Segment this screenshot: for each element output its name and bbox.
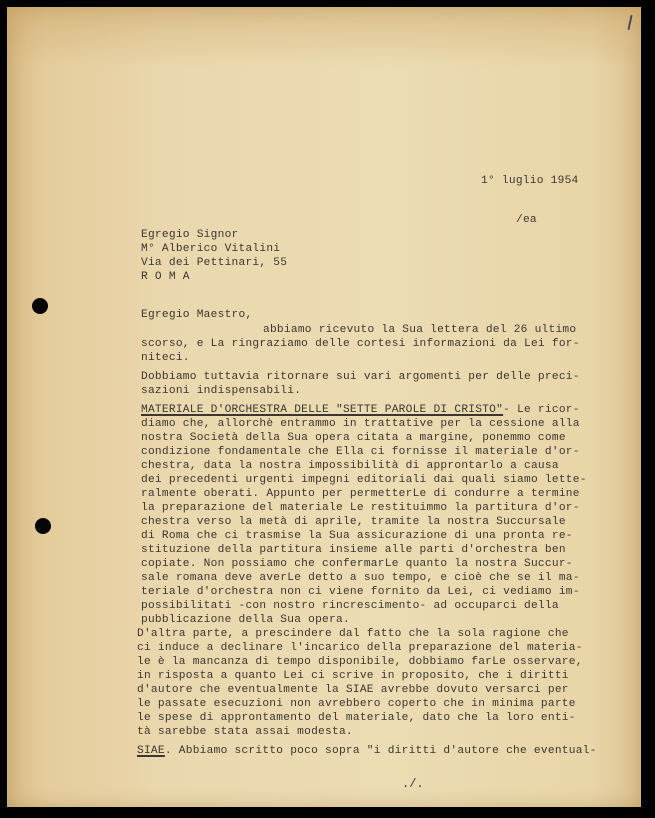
section1-line: copiate. Non possiamo che confermarLe qu… (141, 558, 573, 571)
letter-date: 1° luglio 1954 (481, 175, 579, 188)
section1-line: le spese di approntamento del materiale,… (137, 712, 576, 725)
section1-line: di Roma che ci trasmise la Sua assicuraz… (141, 530, 573, 543)
section1-heading-line: MATERIALE D'ORCHESTRA DELLE "SETTE PAROL… (141, 404, 580, 417)
section1-line: teriale d'orchestra non ci viene fornito… (141, 586, 580, 599)
section1-line: le passate esecuzioni non avrebbero cope… (137, 698, 576, 711)
section1-line: le è la mancanza di tempo disponibile, d… (137, 656, 583, 669)
section2-line: SIAE. Abbiamo scritto poco sopra "i diri… (137, 745, 597, 758)
section1-line: d'autore che eventualmente la SIAE avreb… (137, 684, 569, 697)
section1-line: possibilitati -con nostro rincrescimento… (141, 600, 559, 613)
section2-text: . Abbiamo scritto poco sopra "i diritti … (165, 745, 597, 757)
section1-line: chestra, data la nostra impossibilità di… (141, 460, 559, 473)
paragraph2-line: Dobbiamo tuttavia ritornare sui vari arg… (141, 371, 580, 384)
section1-line: in risposta a quanto Lei ci scrive in pr… (137, 670, 569, 683)
paragraph1-line: abbiamo ricevuto la Sua lettera del 26 u… (263, 324, 576, 337)
section1-line: tà sarebbe stata assai modesta. (137, 726, 353, 739)
recipient-salutation: Egregio Signor (141, 229, 239, 242)
paragraph1-line: niteci. (141, 352, 190, 365)
section1-line: sale romana deve averLe detto a suo temp… (141, 572, 580, 585)
punch-hole-bottom (35, 518, 51, 534)
paragraph1-line: scorso, e La ringraziamo delle cortesi i… (141, 338, 580, 351)
section1-line: pubblicazione della Sua opera. (141, 614, 350, 627)
recipient-street: Via dei Pettinari, 55 (141, 257, 287, 270)
pen-tick-mark (627, 15, 632, 30)
section1-heading: MATERIALE D'ORCHESTRA DELLE "SETTE PAROL… (141, 404, 503, 416)
punch-hole-top (32, 298, 48, 314)
section1-line: D'altra parte, a prescindere dal fatto c… (137, 628, 569, 641)
recipient-name: M° Alberico Vitalini (141, 243, 280, 256)
section1-line: ralmente oberati. Appunto per permetterL… (141, 488, 580, 501)
section1-line: nostra Società della Sua opera citata a … (141, 432, 566, 445)
letter-reference: /ea (516, 214, 537, 227)
section1-line: chestra verso la metà di aprile, tramite… (141, 516, 566, 529)
section1-line: diamo che, allorchè entrammo in trattati… (141, 418, 580, 431)
continuation-mark: ./. (402, 777, 424, 791)
section1-line: ci induce a declinare l'incarico della p… (137, 642, 583, 655)
recipient-city: R O M A (141, 271, 190, 284)
section1-line: condizione fondamentale che Ella ci forn… (141, 446, 580, 459)
letter-page: 1° luglio 1954 /ea Egregio Signor M° Alb… (7, 7, 641, 807)
section1-line: la preparazione del materiale Le restitu… (141, 502, 580, 515)
section2-heading: SIAE (137, 745, 165, 757)
section1-line: dei precedenti urgenti impegni editorial… (141, 474, 587, 487)
section1-line: stituzione della partitura insieme alle … (141, 544, 566, 557)
paragraph2-line: sazioni indispensabili. (141, 385, 301, 398)
section1-heading-tail: - Le ricor- (503, 404, 580, 416)
greeting: Egregio Maestro, (141, 309, 252, 322)
